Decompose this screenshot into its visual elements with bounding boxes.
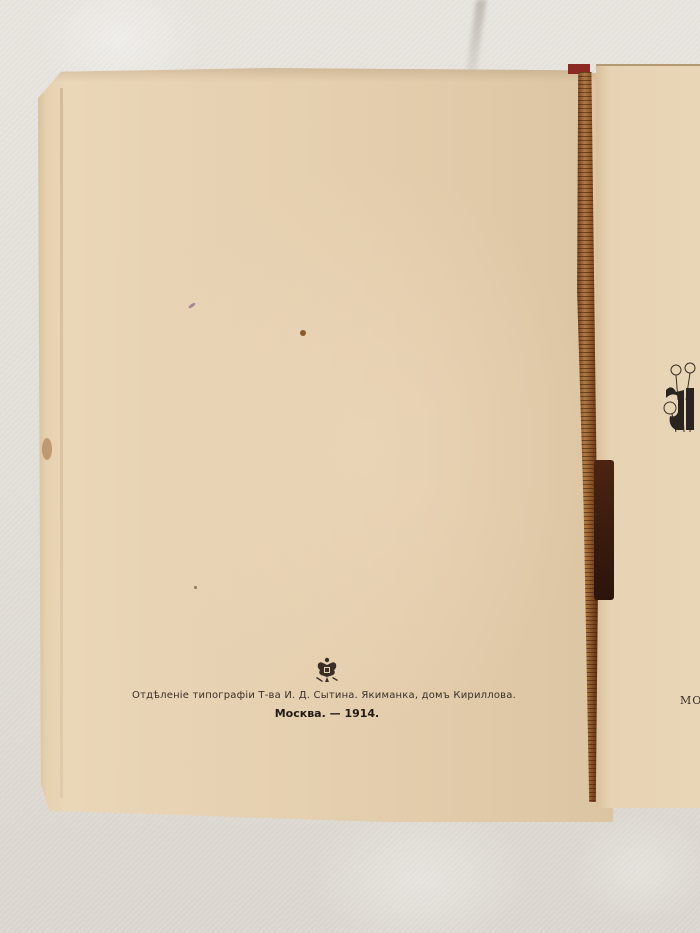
paper-stain: [194, 586, 197, 589]
left-book-page: Отдѣленіе типографіи Т-ва И. Д. Сытина. …: [38, 68, 616, 822]
right-book-page: МО: [596, 64, 700, 808]
double-headed-eagle-icon: [314, 656, 340, 684]
city-year-text: Москва. — 1914.: [38, 707, 616, 720]
printer-line-text: Отдѣленіе типографіи Т-ва И. Д. Сытина. …: [32, 690, 616, 701]
spine-dark-damage: [594, 460, 614, 600]
paper-stain: [188, 302, 196, 309]
paper-stain: [42, 438, 52, 460]
partial-title-text: МО: [680, 694, 700, 707]
paper-stain: [300, 330, 306, 336]
page-top-edge: [48, 68, 596, 82]
floral-initial-icon: [662, 360, 700, 440]
printer-imprint: Отдѣленіе типографіи Т-ва И. Д. Сытина. …: [38, 656, 616, 720]
